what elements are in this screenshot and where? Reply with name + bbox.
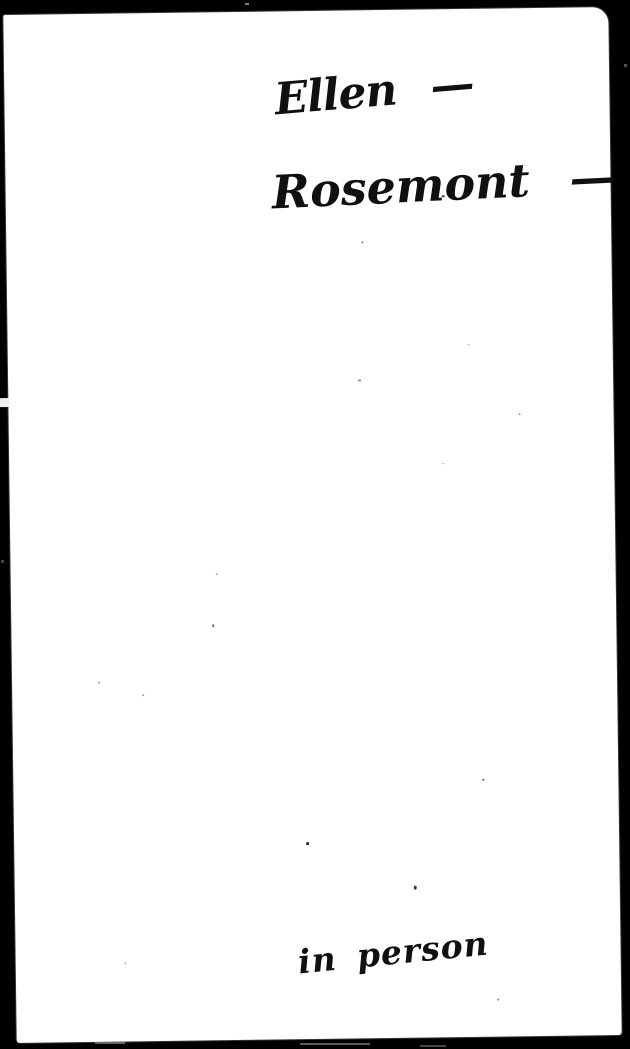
border-noise [245, 3, 249, 5]
noise-speck [442, 195, 445, 197]
noise-speck [519, 413, 521, 415]
border-noise [95, 1042, 125, 1044]
border-noise [420, 1045, 446, 1047]
noise-speck [482, 779, 484, 781]
scanned-page: Ellen — Rosemont — in person [3, 7, 621, 1043]
handwritten-line-2: Rosemont — [271, 153, 617, 215]
border-noise [300, 1043, 370, 1045]
noise-speck [358, 379, 361, 381]
border-noise [1, 560, 4, 563]
handwritten-signature: in person [296, 926, 489, 978]
scan-canvas: Ellen — Rosemont — in person [0, 0, 630, 1049]
noise-speck [125, 962, 126, 964]
noise-speck [212, 624, 214, 627]
noise-speck [442, 463, 444, 464]
scan-background: { "colors": { "background": "#000000", "… [0, 0, 630, 1049]
noise-speck [142, 694, 144, 696]
noise-speck [414, 886, 417, 890]
noise-speck [98, 682, 100, 684]
noise-speck [497, 999, 499, 1001]
noise-speck [306, 842, 309, 845]
page-edge-notch [0, 398, 9, 407]
border-noise [624, 64, 627, 67]
noise-speck [216, 573, 218, 575]
handwritten-line-1: Ellen — [273, 62, 475, 122]
noise-speck [361, 241, 363, 243]
noise-speck [468, 344, 470, 345]
